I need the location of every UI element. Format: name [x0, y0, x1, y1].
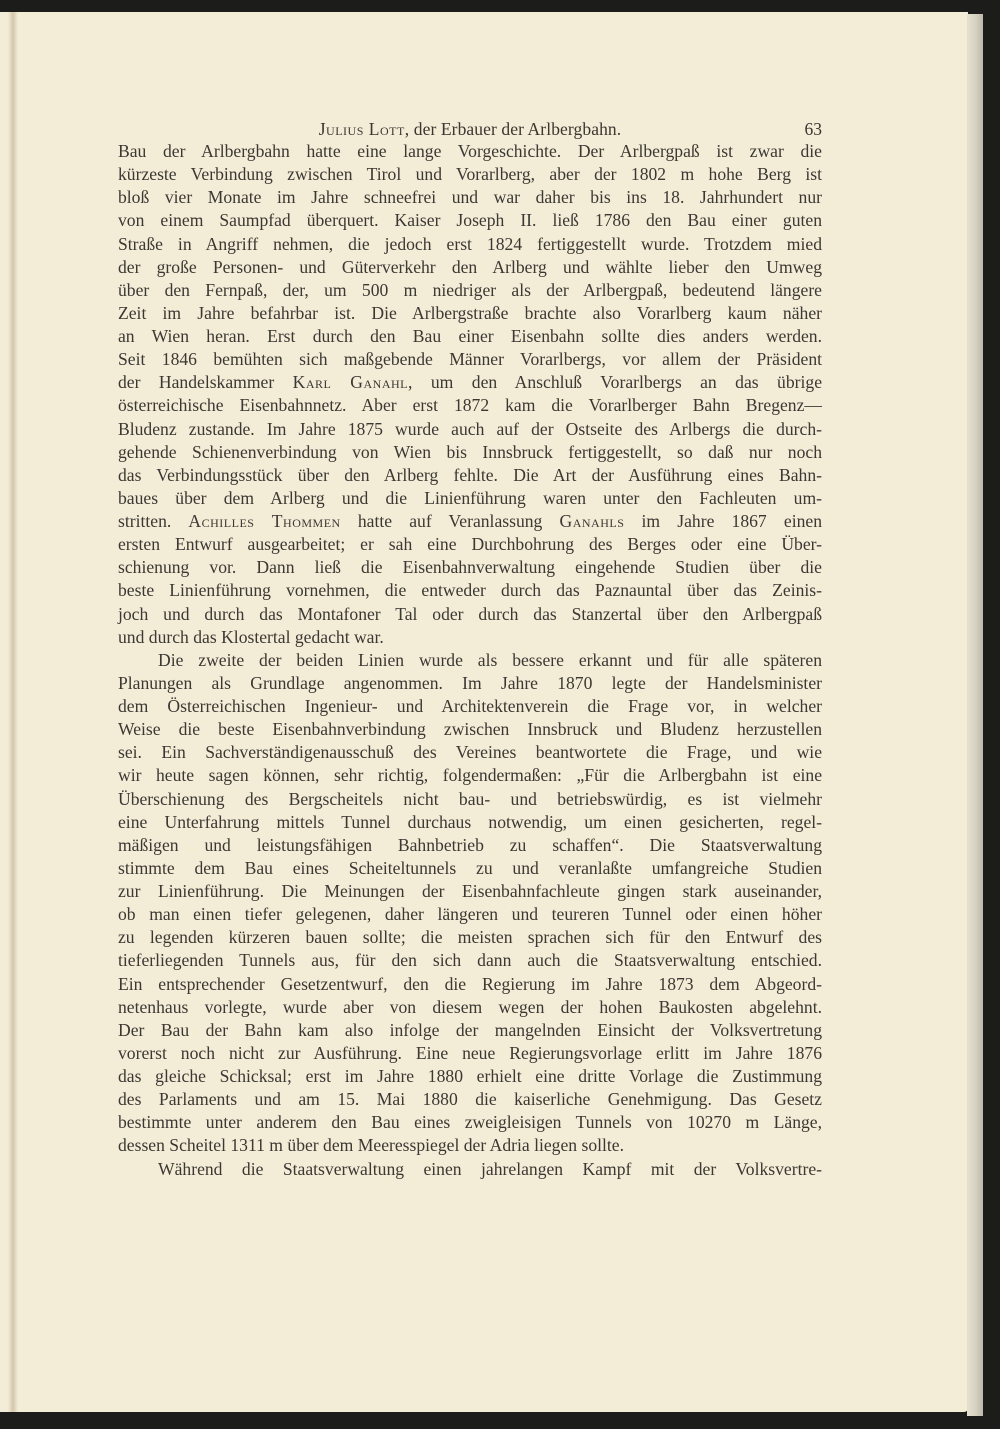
text-run: und durch das Klostertal gedacht war. [118, 627, 384, 647]
text-line: über den Fernpaß, der, um 500 m niedrige… [118, 279, 822, 302]
text-line: Bludenz zustande. Im Jahre 1875 wurde au… [118, 418, 822, 441]
text-run: sei. Ein Sachverständigenausschuß des Ve… [118, 742, 822, 762]
text-run: , um den Anschluß Vorarlbergs an das übr… [408, 372, 822, 392]
text-run: der Handelskammer [118, 372, 293, 392]
text-run: tieferliegenden Tunnels aus, für den sic… [118, 950, 822, 970]
text-line: tieferliegenden Tunnels aus, für den sic… [118, 949, 822, 972]
text-line: stimmte dem Bau eines Scheiteltunnels zu… [118, 857, 822, 880]
text-run: Bau der Arlbergbahn hatte eine lange Vor… [118, 141, 822, 161]
text-line: und durch das Klostertal gedacht war. [118, 626, 822, 649]
text-run: dessen Scheitel 1311 m über dem Meeressp… [118, 1135, 624, 1155]
text-line: Weise die beste Eisenbahnverbindung zwis… [118, 718, 822, 741]
text-line: mäßigen und leistungsfähigen Bahnbetrieb… [118, 834, 822, 857]
body-text: Bau der Arlbergbahn hatte eine lange Vor… [118, 140, 822, 1181]
text-line: zu legenden kürzeren bauen sollte; die m… [118, 926, 822, 949]
text-line: eine Unterfahrung mittels Tunnel durchau… [118, 811, 822, 834]
text-line: zur Linienführung. Die Meinungen der Eis… [118, 880, 822, 903]
page-number: 63 [805, 119, 823, 140]
running-title-rest: , der Erbauer der Arlbergbahn. [405, 119, 621, 139]
text-line: bloß vier Monate im Jahre schneefrei und… [118, 186, 822, 209]
page-edge [967, 14, 983, 1416]
text-run: Straße in Angriff nehmen, die jedoch ers… [118, 234, 822, 254]
text-run: Während die Staatsverwaltung einen jahre… [158, 1159, 822, 1179]
text-run: stimmte dem Bau eines Scheiteltunnels zu… [118, 858, 822, 878]
running-title-author: Julius Lott [319, 119, 405, 139]
text-line: Ein entsprechender Gesetzentwurf, den di… [118, 973, 822, 996]
text-run: zu legenden kürzeren bauen sollte; die m… [118, 927, 822, 947]
text-line: stritten. Achilles Thommen hatte auf Ver… [118, 510, 822, 533]
text-line: das gleiche Schicksal; erst im Jahre 188… [118, 1065, 822, 1088]
text-line: wir heute sagen können, sehr richtig, fo… [118, 764, 822, 787]
text-line: Während die Staatsverwaltung einen jahre… [118, 1158, 822, 1181]
text-run: bloß vier Monate im Jahre schneefrei und… [118, 187, 822, 207]
text-line: bestimmte unter anderem den Bau eines zw… [118, 1111, 822, 1134]
text-run: ob man einen tiefer gelegenen, daher län… [118, 904, 822, 924]
text-line: gehende Schienenverbindung von Wien bis … [118, 441, 822, 464]
text-line: ob man einen tiefer gelegenen, daher län… [118, 903, 822, 926]
text-run: Bludenz zustande. Im Jahre 1875 wurde au… [118, 419, 822, 439]
text-run: baues über dem Arlberg und die Linienfüh… [118, 488, 822, 508]
text-line: österreichische Eisenbahnnetz. Aber erst… [118, 394, 822, 417]
text-line: Die zweite der beiden Linien wurde als b… [118, 649, 822, 672]
text-run: des Parlaments und am 15. Mai 1880 die k… [118, 1089, 822, 1109]
text-run: joch und durch das Montafoner Tal oder d… [118, 604, 822, 624]
running-title: Julius Lott, der Erbauer der Arlbergbahn… [118, 119, 822, 140]
text-run: Überschienung des Bergscheitels nicht ba… [118, 789, 822, 809]
text-line: netenhaus vorlegte, wurde aber von diese… [118, 996, 822, 1019]
text-run: eine Unterfahrung mittels Tunnel durchau… [118, 812, 822, 832]
text-run: kürzeste Verbindung zwischen Tirol und V… [118, 164, 822, 184]
text-run: hatte auf Veranlassung [341, 511, 560, 531]
text-run: vorerst noch nicht zur Ausführung. Eine … [118, 1043, 822, 1063]
text-run: österreichische Eisenbahnnetz. Aber erst… [118, 395, 822, 415]
text-line: Seit 1846 bemühten sich maßgebende Männe… [118, 348, 822, 371]
text-line: der große Personen- und Güterverkehr den… [118, 256, 822, 279]
text-line: des Parlaments und am 15. Mai 1880 die k… [118, 1088, 822, 1111]
text-run: schienung vor. Dann ließ die Eisenbahnve… [118, 557, 822, 577]
text-line: dem Österreichischen Ingenieur- und Arch… [118, 695, 822, 718]
text-run: von einem Saumpfad überquert. Kaiser Jos… [118, 210, 822, 230]
person-name: Karl Ganahl [293, 372, 408, 392]
text-run: stritten. [118, 511, 188, 531]
text-run: Zeit im Jahre befahrbar ist. Die Arlberg… [118, 303, 822, 323]
text-run: mäßigen und leistungsfähigen Bahnbetrieb… [118, 835, 822, 855]
gutter-shadow [8, 12, 18, 1412]
text-line: das Verbindungsstück über den Arlberg fe… [118, 464, 822, 487]
text-run: über den Fernpaß, der, um 500 m niedrige… [118, 280, 822, 300]
person-name: Ganahls [560, 511, 625, 531]
text-line: vorerst noch nicht zur Ausführung. Eine … [118, 1042, 822, 1065]
text-run: Seit 1846 bemühten sich maßgebende Männe… [118, 349, 822, 369]
text-line: Überschienung des Bergscheitels nicht ba… [118, 788, 822, 811]
text-run: Der Bau der Bahn kam also infolge der ma… [118, 1020, 822, 1040]
text-run: bestimmte unter anderem den Bau eines zw… [118, 1112, 822, 1132]
text-line: Planungen als Grundlage angenommen. Im J… [118, 672, 822, 695]
text-run: Planungen als Grundlage angenommen. Im J… [118, 673, 822, 693]
text-run: das gleiche Schicksal; erst im Jahre 188… [118, 1066, 822, 1086]
text-run: dem Österreichischen Ingenieur- und Arch… [118, 696, 822, 716]
text-run: Weise die beste Eisenbahnverbindung zwis… [118, 719, 822, 739]
text-run: Ein entsprechender Gesetzentwurf, den di… [118, 974, 822, 994]
text-run: Die zweite der beiden Linien wurde als b… [158, 650, 822, 670]
text-line: Zeit im Jahre befahrbar ist. Die Arlberg… [118, 302, 822, 325]
text-run: gehende Schienenverbindung von Wien bis … [118, 442, 822, 462]
text-line: sei. Ein Sachverständigenausschuß des Ve… [118, 741, 822, 764]
text-run: das Verbindungsstück über den Arlberg fe… [118, 465, 822, 485]
person-name: Achilles Thommen [188, 511, 340, 531]
text-run: ersten Entwurf ausgearbeitet; er sah ein… [118, 534, 822, 554]
text-line: dessen Scheitel 1311 m über dem Meeressp… [118, 1134, 822, 1157]
text-line: an Wien heran. Erst durch den Bau einer … [118, 325, 822, 348]
text-line: Straße in Angriff nehmen, die jedoch ers… [118, 233, 822, 256]
text-line: der Handelskammer Karl Ganahl, um den An… [118, 371, 822, 394]
text-line: Bau der Arlbergbahn hatte eine lange Vor… [118, 140, 822, 163]
text-line: baues über dem Arlberg und die Linienfüh… [118, 487, 822, 510]
text-run: beste Linienführung vornehmen, die entwe… [118, 580, 822, 600]
text-line: joch und durch das Montafoner Tal oder d… [118, 603, 822, 626]
text-line: kürzeste Verbindung zwischen Tirol und V… [118, 163, 822, 186]
text-run: netenhaus vorlegte, wurde aber von diese… [118, 997, 822, 1017]
text-run: an Wien heran. Erst durch den Bau einer … [118, 326, 822, 346]
text-run: im Jahre 1867 einen [624, 511, 822, 531]
text-run: wir heute sagen können, sehr richtig, fo… [118, 765, 822, 785]
text-line: Der Bau der Bahn kam also infolge der ma… [118, 1019, 822, 1042]
text-run: der große Personen- und Güterverkehr den… [118, 257, 822, 277]
text-line: von einem Saumpfad überquert. Kaiser Jos… [118, 209, 822, 232]
text-line: beste Linienführung vornehmen, die entwe… [118, 579, 822, 602]
text-line: schienung vor. Dann ließ die Eisenbahnve… [118, 556, 822, 579]
text-line: ersten Entwurf ausgearbeitet; er sah ein… [118, 533, 822, 556]
text-run: zur Linienführung. Die Meinungen der Eis… [118, 881, 822, 901]
